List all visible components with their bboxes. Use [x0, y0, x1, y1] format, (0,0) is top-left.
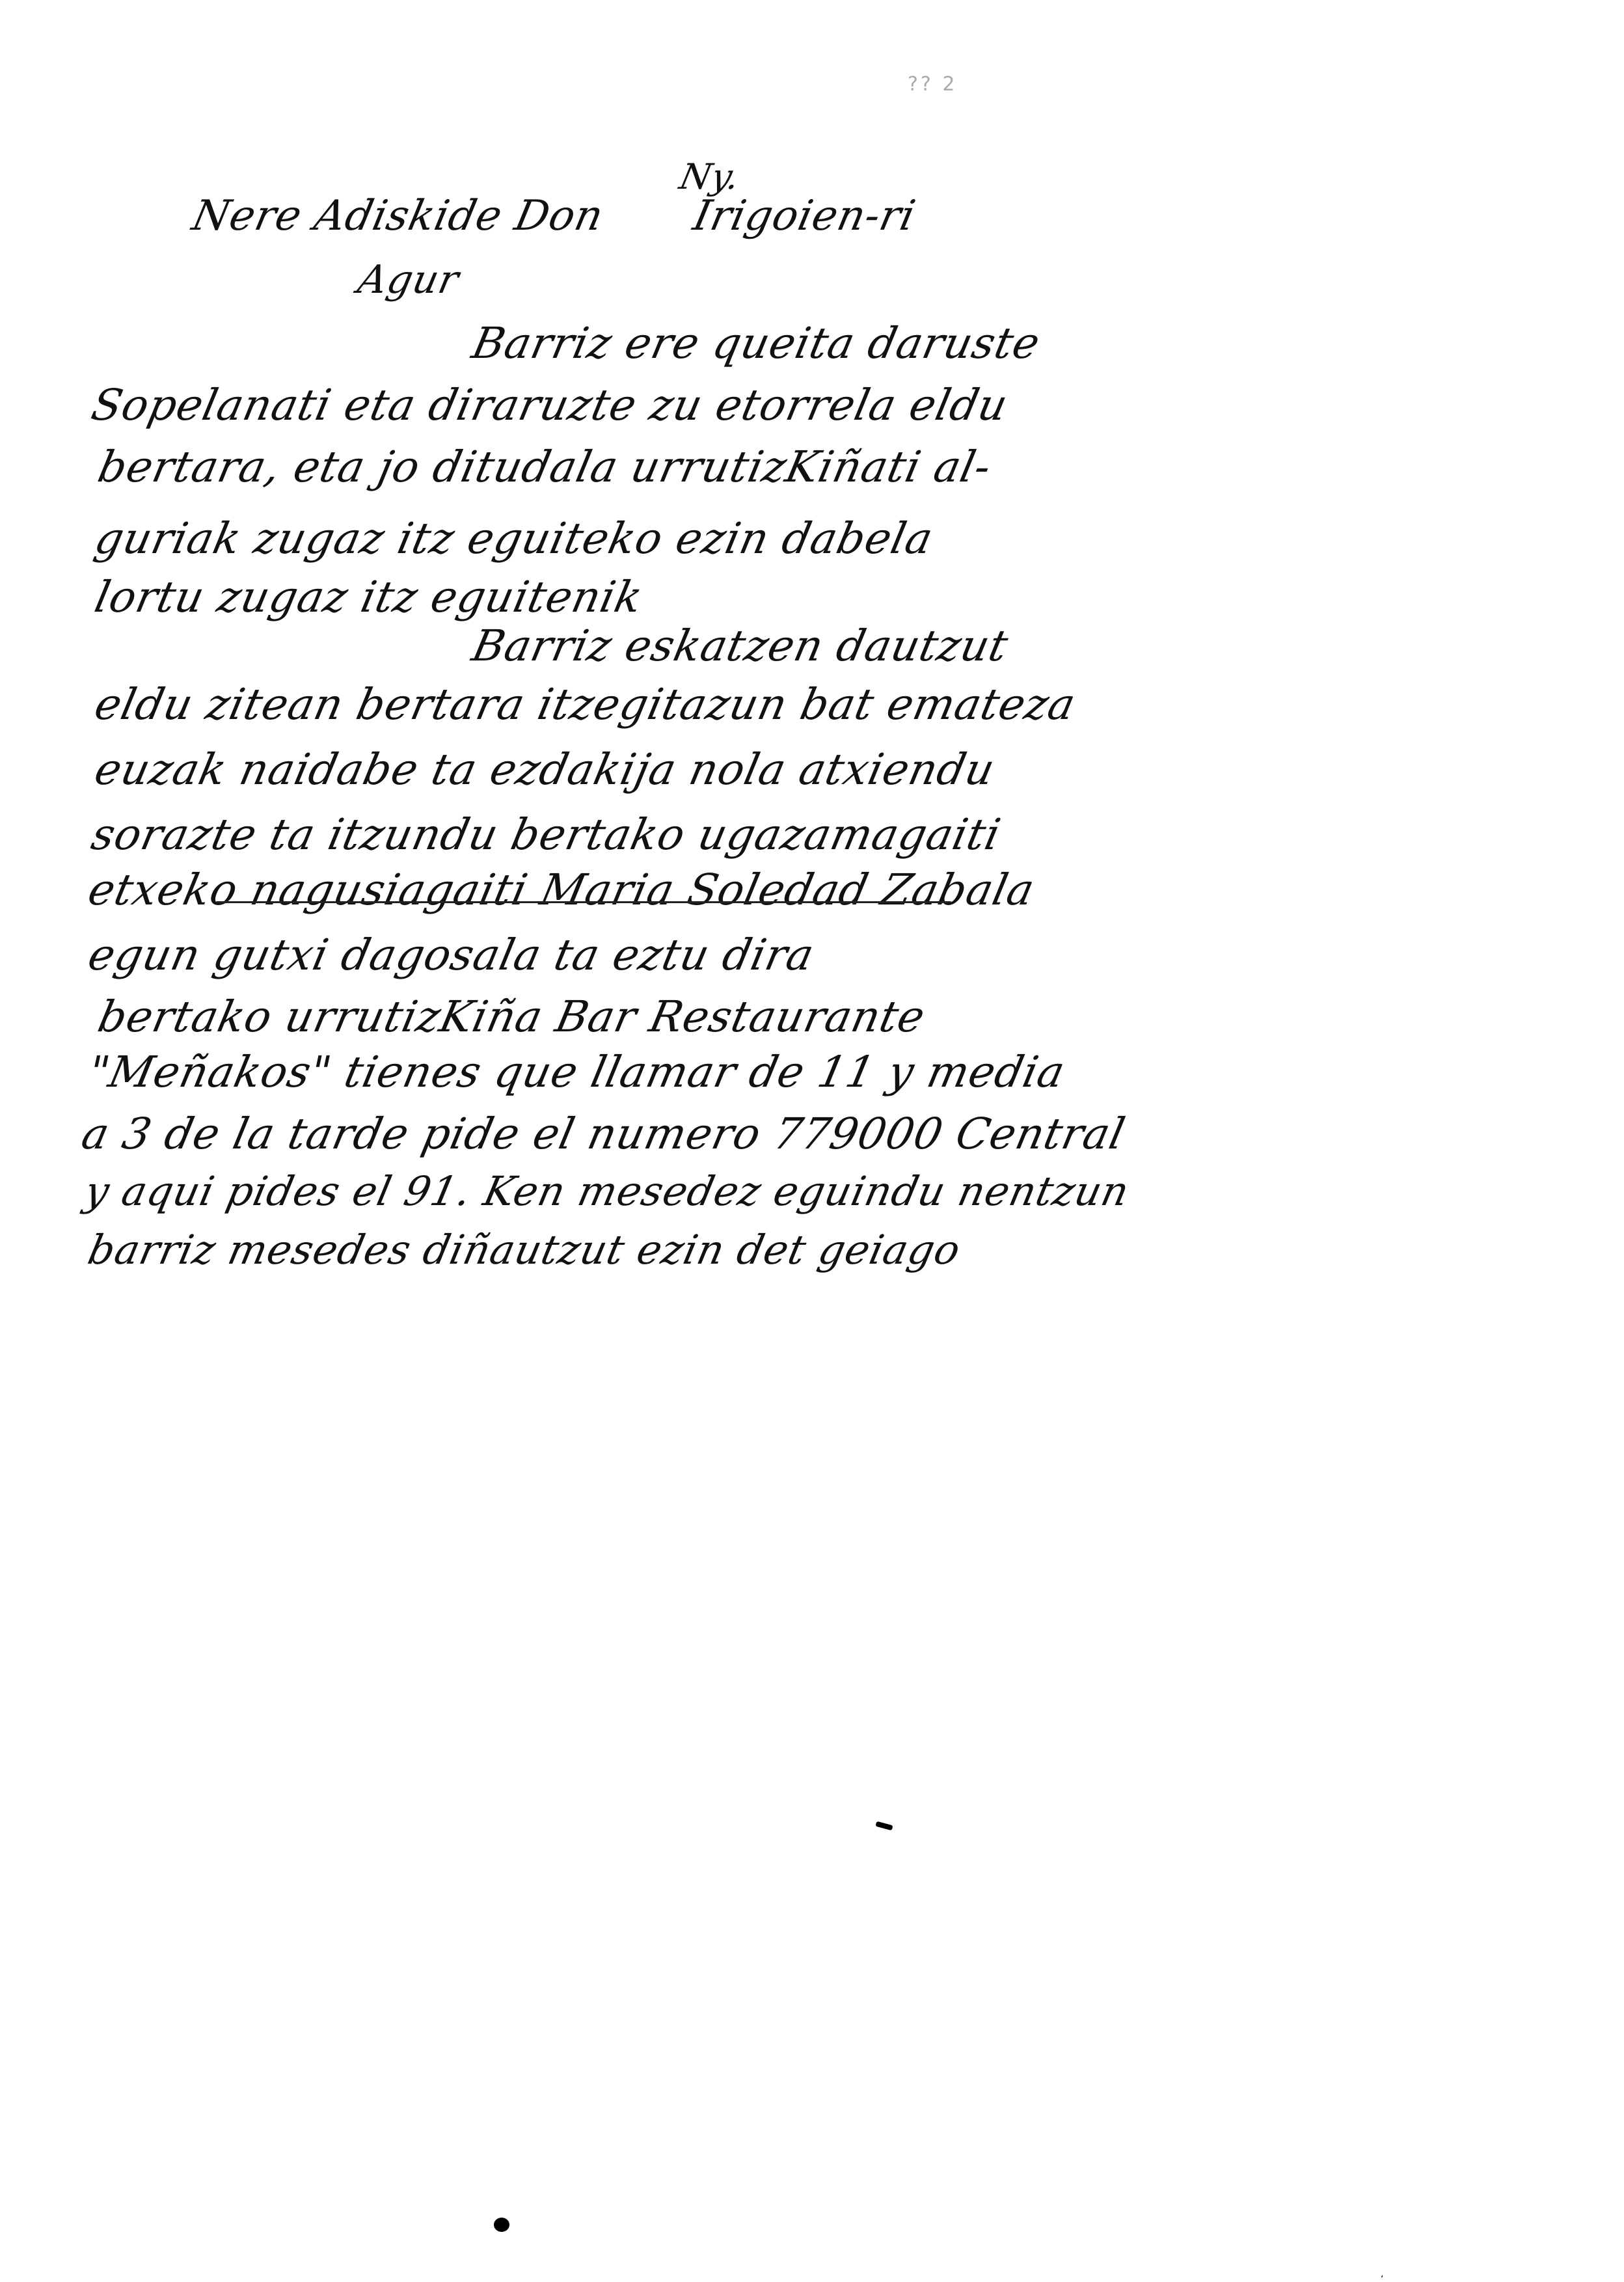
body-line: eldu zitean bertara itzegitazun bat emat…: [91, 683, 1079, 726]
salutation-line: Nere Adiskide Don: [189, 195, 607, 237]
body-line: etxeko nagusiagaiti Maria Soledad Zabala: [85, 869, 1038, 912]
page-number-stamp: ?? 2: [908, 73, 957, 96]
name-underline: [216, 901, 951, 903]
recipient-name: Irigoien-ri: [690, 195, 919, 237]
body-line: barriz mesedes diñautzut ezin det geiago: [85, 1230, 964, 1270]
body-line: Sopelanati eta diraruzte zu etorrela eld…: [88, 384, 1012, 427]
body-line: lortu zugaz itz eguitenik: [91, 576, 647, 619]
ink-dot: [494, 2218, 509, 2232]
body-line: bertara, eta jo ditudala urrutizKiñati a…: [94, 446, 995, 489]
body-line: guriak zugaz itz eguiteko ezin dabela: [91, 517, 937, 560]
body-line: bertako urrutizKiña Bar Restaurante: [94, 996, 929, 1039]
body-line: y aqui pides el 91. Ken mesedez eguindu …: [81, 1171, 1133, 1212]
greeting: Agur: [355, 260, 463, 299]
body-line: sorazte ta itzundu bertako ugazamagaiti: [88, 813, 1005, 856]
body-line: "Meñakos" tienes que llamar de 11 y medi…: [85, 1051, 1069, 1094]
scan-speck: ʻ: [1381, 2274, 1383, 2282]
body-line: euzak naidabe ta ezdakija nola atxiendu: [91, 748, 999, 791]
ink-mark: [875, 1821, 893, 1830]
letter-page: ?? 2 Nere Adiskide Don Ny. Irigoien-ri A…: [0, 0, 1624, 2282]
body-line: Barriz ere queita daruste: [468, 322, 1044, 365]
body-line: egun gutxi dagosala ta eztu dira: [85, 934, 818, 977]
salutation-superscript: Ny.: [677, 159, 743, 195]
body-line: a 3 de la tarde pide el numero 779000 Ce…: [78, 1113, 1129, 1156]
body-line: Barriz eskatzen dautzut: [468, 625, 1012, 668]
